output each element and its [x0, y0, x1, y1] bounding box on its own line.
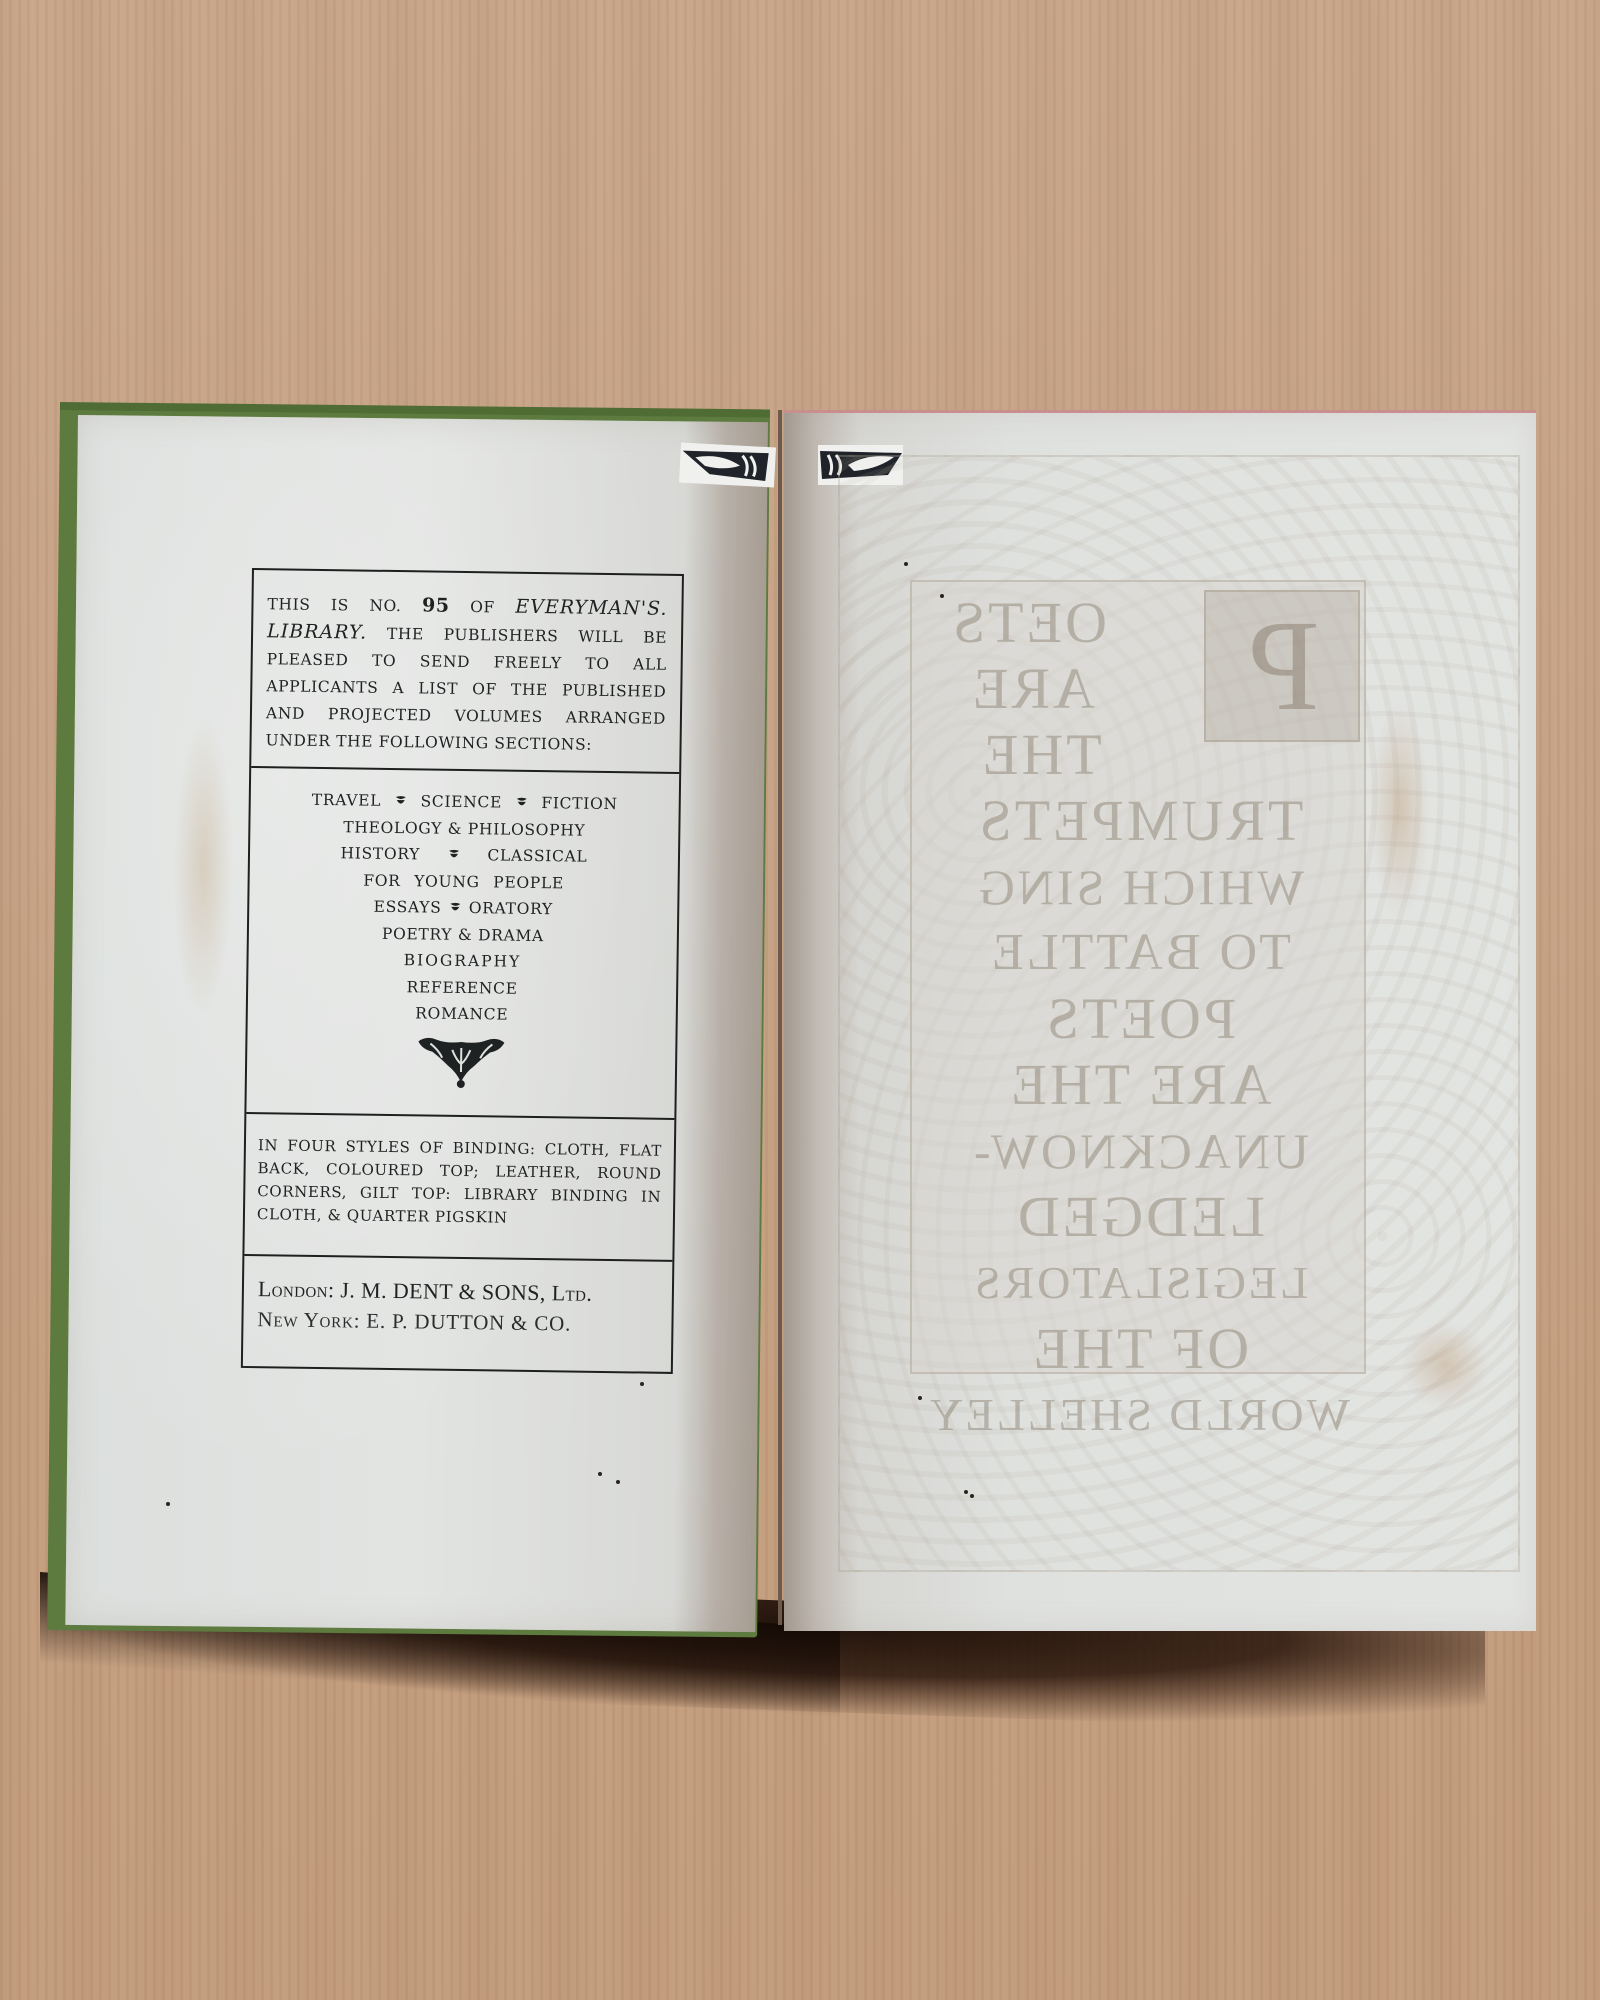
paper-speck [166, 1502, 170, 1506]
intro-section: THIS IS NO. 95 OF EVERYMAN'S. LIBRARY. T… [251, 570, 682, 774]
quote-line: WORLD SHELLEY [930, 1382, 1350, 1448]
paper-speck [904, 562, 908, 566]
newyork-label: New York: [257, 1307, 360, 1332]
paper-speck [640, 1382, 644, 1386]
torn-ornament-left-icon [679, 443, 776, 488]
paper-speck [598, 1472, 602, 1476]
showthrough-mirrored-quote: P OETS ARE THE TRUMPETS WHICH SING TO BA… [930, 590, 1350, 1360]
intro-of: OF [470, 598, 495, 616]
binding-styles: IN FOUR STYLES OF BINDING: CLOTH, FLAT B… [244, 1114, 674, 1262]
quote-line: TRUMPETS [930, 788, 1350, 854]
paper-speck [940, 594, 944, 598]
newyork-publisher: E. P. DUTTON & CO. [366, 1309, 571, 1336]
section-history: HISTORY [340, 844, 420, 863]
quote-line: WHICH SING [930, 854, 1350, 920]
leaf-ornament-icon [448, 849, 460, 861]
quote-line: UNACKNOW- [930, 1118, 1350, 1184]
foxing-stain [1370, 700, 1430, 920]
newyork-imprint: New York: E. P. DUTTON & CO. [257, 1304, 657, 1340]
section-line-9: ROMANCE [248, 998, 676, 1030]
intro-pre: THIS IS NO. [267, 595, 401, 615]
leaf-ornament-icon [395, 795, 407, 807]
paper-speck [918, 1396, 922, 1400]
foxing-stain [172, 716, 235, 1017]
section-classical: CLASSICAL [487, 846, 587, 865]
volume-number: 95 [422, 594, 450, 616]
section-science: SCIENCE [420, 792, 502, 811]
section-essays: ESSAYS [374, 898, 442, 917]
section-fiction: FICTION [541, 794, 618, 813]
quote-line: POETS [930, 986, 1350, 1052]
section-oratory: ORATORY [469, 899, 553, 918]
quote-line: LEGISLATORS [930, 1250, 1350, 1316]
sections-list: TRAVEL SCIENCE FICTION THEOLOGY & PHILOS… [246, 768, 679, 1120]
quote-line: LEDGED [930, 1184, 1350, 1250]
section-travel: TRAVEL [312, 791, 382, 810]
quote-line: TO BATTLE [930, 920, 1350, 986]
paper-speck [964, 1490, 968, 1494]
paper-speck [616, 1480, 620, 1484]
dropcap-initial: P [1204, 590, 1360, 742]
floral-tailpiece-icon [416, 1035, 507, 1090]
intro-text: THE PUBLISHERS WILL BE PLEASED TO SEND F… [265, 625, 667, 754]
publisher-imprint: London: J. M. DENT & SONS, Ltd. New York… [243, 1256, 672, 1368]
leaf-ornament-icon [516, 797, 528, 809]
series-name-line2: LIBRARY. [267, 620, 367, 643]
book-gutter [778, 410, 782, 1625]
series-name-line1: EVERYMAN'S. [515, 596, 667, 620]
ltd-suffix: Ltd. [552, 1280, 593, 1306]
quote-line: ARE THE [930, 1052, 1350, 1118]
london-publisher: J. M. DENT & SONS, [340, 1277, 546, 1305]
london-label: London: [258, 1276, 335, 1302]
leaf-ornament-icon [449, 902, 461, 914]
paper-speck [970, 1494, 974, 1498]
everyman-library-notice: THIS IS NO. 95 OF EVERYMAN'S. LIBRARY. T… [241, 568, 684, 1374]
quote-line: OF THE [930, 1316, 1350, 1382]
foxing-stain [1400, 1320, 1490, 1410]
